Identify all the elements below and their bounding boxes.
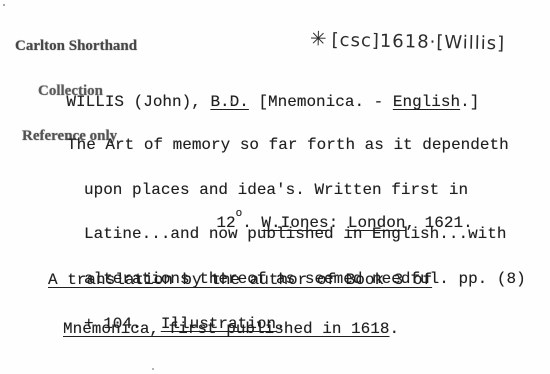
- publisher-name: W.Iones: [261, 214, 328, 232]
- format-period: .: [242, 214, 261, 232]
- note-line-text: A translation by the author of Book 3 of: [48, 271, 432, 289]
- note-line: A translation by the author of Book 3 of: [48, 272, 432, 288]
- note-period: .: [389, 320, 399, 338]
- publication-date: , 1621.: [405, 214, 472, 232]
- paper-speck: [230, 101, 232, 103]
- description-line: upon places and idea's. Written first in: [84, 183, 526, 198]
- asterisk-mark: ✳: [310, 26, 328, 50]
- format-size: 12: [216, 214, 235, 232]
- translation-note: A translation by the author of Book 3 of…: [48, 240, 432, 370]
- paper-speck: [118, 233, 121, 234]
- note-line-text: Mnemonica, first published in 1618: [63, 320, 389, 338]
- paper-speck: [3, 4, 5, 6]
- imprint-colon: :: [329, 214, 348, 232]
- publication-place: London: [348, 214, 406, 232]
- handwritten-shelfmark: ✳[csc]1618·[Willis]: [282, 5, 506, 76]
- stamp-collection-name: Carlton Shorthand: [15, 39, 137, 54]
- catalog-card: Carlton Shorthand Collection Reference o…: [0, 0, 550, 374]
- note-line: Mnemonica, first published in 1618.: [63, 321, 432, 337]
- imprint-line: 12o. W.Iones: London, 1621.: [178, 201, 473, 246]
- description-line: The Art of memory so far forth as it dep…: [67, 138, 526, 153]
- paper-speck: [152, 368, 154, 370]
- shelfmark-text: [csc]1618·[Willis]: [331, 30, 505, 55]
- format-superscript: o: [236, 208, 243, 220]
